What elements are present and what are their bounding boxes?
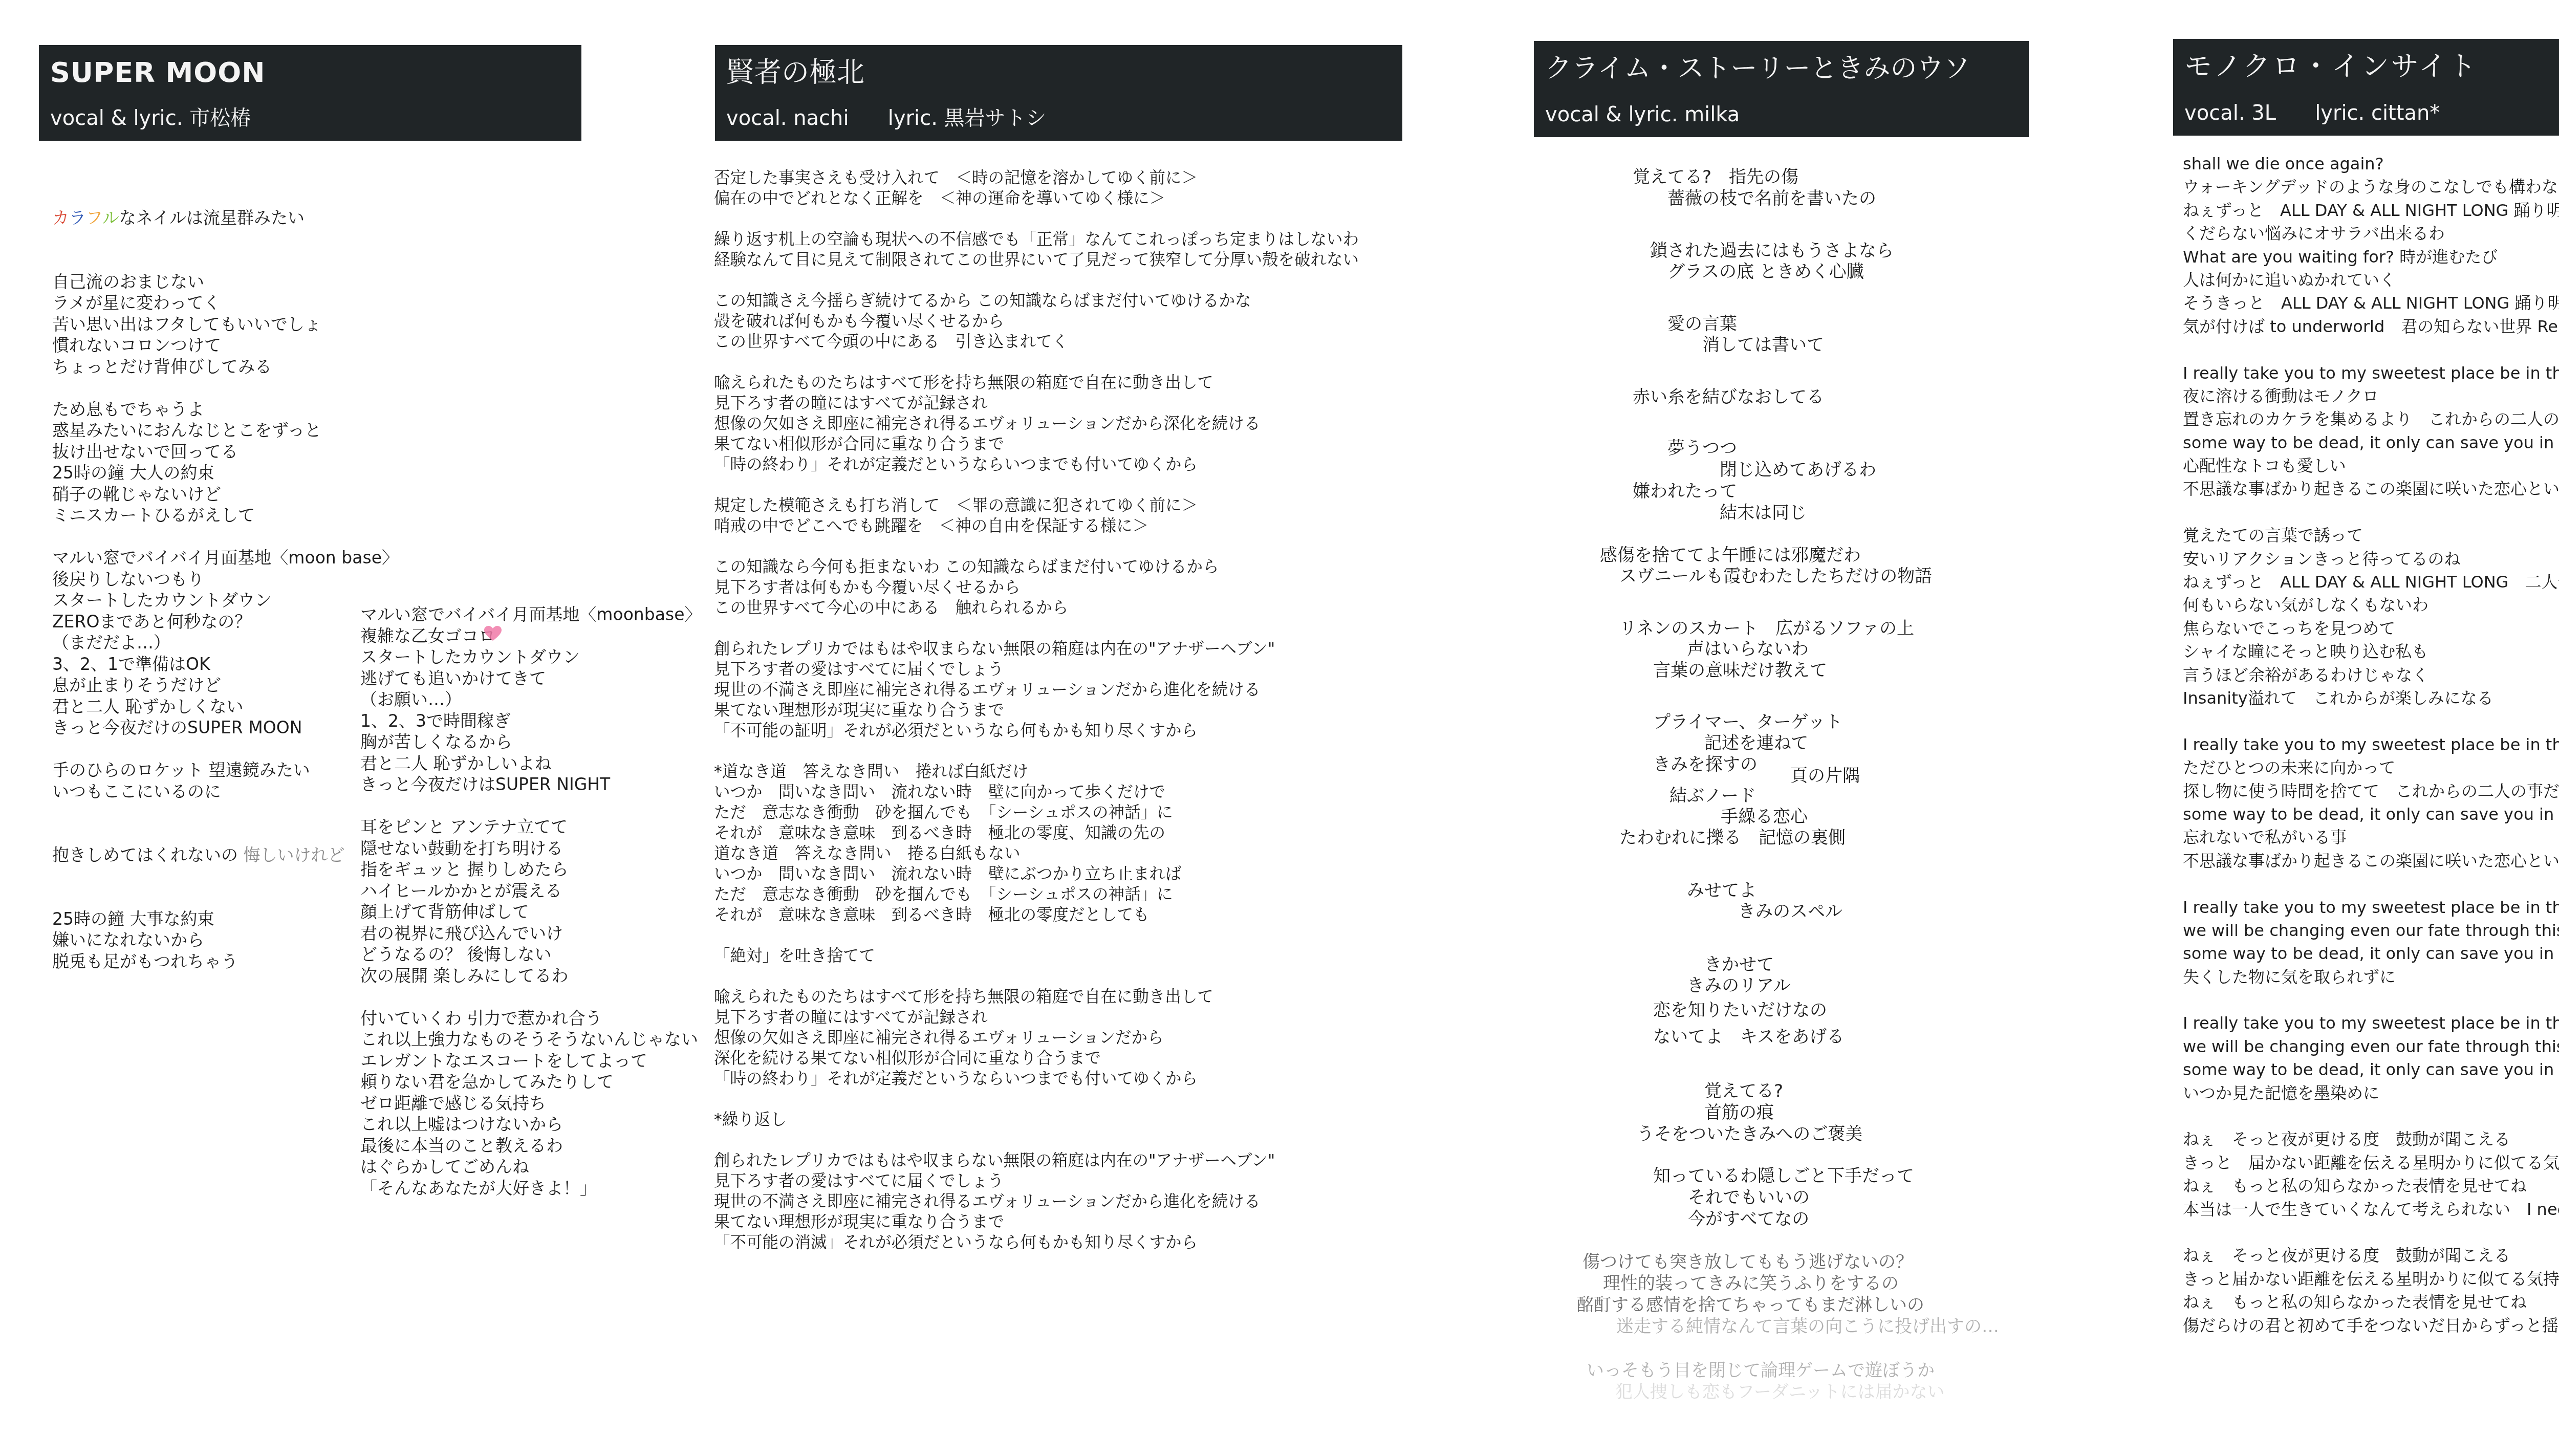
heart-icon: [484, 626, 502, 641]
lyric-line: 息が止まりそうだけど: [52, 675, 399, 696]
lyric-line: 見下ろす者の瞳にはすべてが記録され: [714, 393, 1359, 414]
lyric-block: 25時の鐘 大事な約束嫌いになれないから脱兎も足がもつれちゃう: [52, 908, 399, 972]
lyric-line: 脱兎も足がもつれちゃう: [52, 951, 399, 972]
lyric-line: shall we die once again?: [2183, 153, 2559, 176]
lyric-line: 惑星みたいにおんなじとこをずっと: [52, 420, 399, 441]
lyric-line: ちょっとだけ背伸びしてみる: [52, 356, 399, 378]
lyric-line: 「不可能の証明」それが必須だというなら何もかも知り尽くすから: [714, 721, 1359, 741]
lyric-line: エレガントなエスコートをしてよって: [360, 1050, 701, 1072]
lyric-line: 25時の鐘 大人の約束: [52, 462, 399, 484]
lyric-line: はぐらかしてごめんね: [360, 1156, 701, 1178]
stanza-gap: [360, 986, 701, 1008]
lyric-line: この知識さえ今揺らぎ続けてるから この知識ならばまだ付いてゆけるかな: [714, 291, 1359, 311]
song-credit: vocal & lyric. 市松椿: [50, 106, 251, 131]
lyric-line: 手のひらのロケット 望遠鏡みたい: [52, 759, 399, 781]
lyric-line: 君と二人 恥ずかしくない: [52, 696, 399, 718]
lyric-line: 不思議な事ばかり起きるこの楽園に咲いた恋心という花: [2183, 850, 2559, 873]
lyric-text: 抱きしめてはくれないの: [52, 845, 244, 865]
lyric-line: ミニスカートひるがえして: [52, 505, 399, 526]
lyric-line: 25時の鐘 大事な約束: [52, 908, 399, 930]
lyric-line: 夜に溶ける衝動はモノクロ: [2183, 385, 2559, 408]
lyric-line: 頼りない君を急かしてみたりして: [360, 1071, 701, 1093]
lyric-line: いつか 問いなき問い 流れない時 壁にぶつかり立ち止まれば: [714, 864, 1359, 884]
lyric-line: 不思議な事ばかり起きるこの楽園に咲いた恋心という花: [2183, 477, 2559, 501]
lyric-line: ねぇずっと ALL DAY & ALL NIGHT LONG 二人一緒なら: [2183, 571, 2559, 594]
lyric-line: グラスの底 ときめく心臓: [1667, 257, 1864, 282]
lyric-line: ため息もでちゃうよ: [52, 399, 399, 420]
lyric-line: 「そんなあなたが大好きよ！」: [360, 1178, 701, 1199]
lyric-line: 覚えたての言葉で誘って: [2183, 524, 2559, 547]
lyric-line: 閉じ込めてあげるわ: [1720, 455, 1876, 481]
lyric-line: we will be changing even our fate throug…: [2183, 1035, 2559, 1058]
lyric-line: そうきっと ALL DAY & ALL NIGHT LONG 踊り明かして: [2183, 292, 2559, 315]
stanza-gap: [360, 795, 701, 817]
lyric-line: 現世の不満さえ即座に補完され得るエヴォリューションだから進化を続ける: [714, 680, 1359, 700]
lyric-line: いつもここにいるのに: [52, 781, 399, 802]
lyrics-right: マルい窓でバイバイ月面基地〈moonbase〉複雑な乙女ゴコロスタートしたカウン…: [360, 604, 701, 1199]
lyric-line: 哨戒の中でどこへでも跳躍を ＜神の自由を保証する様に＞: [714, 516, 1359, 536]
lyric-line: 君の視界に飛び込んでいけ: [360, 923, 701, 944]
lyric-line: 自己流のおまじない: [52, 271, 399, 293]
lyric-line: some way to be dead, it only can save yo…: [2183, 942, 2559, 965]
lyric-line: 恋を知りたいだけなの: [1653, 996, 1827, 1021]
lyric-line: ただ 意志なき衝動 砂を掴んでも 「シーシュポスの神話」に: [714, 802, 1359, 823]
lyric-line: 薔薇の枝で名前を書いたの: [1667, 184, 1876, 209]
stanza-gap: [714, 741, 1359, 762]
lyric-line: 繰り返す机上の空論も現状への不信感でも「正常」なんてこれっぽっち定まりはしないわ: [714, 229, 1359, 250]
lyric-line: 道なき道 答えなき問い 捲る白紙もない: [714, 843, 1359, 864]
lyric-line: スタートしたカウントダウン: [360, 646, 701, 668]
lyric-line: 硝子の靴じゃないけど: [52, 484, 399, 505]
lyric-line: それが 意味なき意味 到るべき時 極北の零度、知識の先の: [714, 823, 1359, 843]
lyric-line: （お願い…）: [360, 689, 701, 710]
colorful-char: カ: [52, 208, 69, 228]
lyric-line: 結末は同じ: [1720, 498, 1807, 524]
stanza-gap: [2183, 1105, 2559, 1128]
lyric-line: some way to be dead, it only can save yo…: [2183, 1058, 2559, 1081]
lyric-line: 規定した模範さえも打ち消して ＜罪の意識に犯されてゆく前に＞: [714, 495, 1359, 516]
lyric-line: 見下ろす者の愛はすべてに届くでしょう: [714, 1171, 1359, 1191]
stanza-gap: [2183, 989, 2559, 1012]
lyric-line: いつか 問いなき問い 流れない時 壁に向かって歩くだけで: [714, 782, 1359, 802]
lyric-line: ZEROまであと何秒なの？: [52, 611, 399, 633]
song-header: クライム・ストーリーときみのウソ vocal & lyric. milka: [1534, 41, 2029, 137]
lyric-line: 頁の片隅: [1790, 762, 1860, 787]
lyric-line: シャイな瞳にそっと映り込む私も: [2183, 640, 2559, 663]
lyric-line: 「不可能の消滅」それが必須だというなら何もかも知り尽くすから: [714, 1232, 1359, 1253]
lyric-line: （まだだよ…）: [52, 632, 399, 654]
lyric-line: 否定した事実さえも受け入れて ＜時の記憶を溶かしてゆく前に＞: [714, 168, 1359, 188]
lyric-line: 消しては書いて: [1702, 331, 1824, 356]
stanza-gap: [714, 536, 1359, 557]
lyric-line: 忘れないで私がいる事: [2183, 826, 2559, 849]
lyric-line: ねぇ もっと私の知らなかった表情を見せてね: [2183, 1291, 2559, 1314]
lyric-line: 「時の終わり」それが定義だというならいつまでも付いてゆくから: [714, 454, 1359, 475]
lyric-line: 3、2、1で準備はOK: [52, 654, 399, 675]
lyric-line: スヴニールも霞むわたしたちだけの物語: [1619, 562, 1932, 587]
lyric-line: ねぇずっと ALL DAY & ALL NIGHT LONG 踊り明かせば: [2183, 199, 2559, 222]
lyric-line: ただ 意志なき衝動 砂を掴んでも 「シーシュポスの神話」に: [714, 884, 1359, 905]
colorful-char: ル: [102, 208, 119, 228]
stanza-gap: [52, 526, 399, 548]
lyric-line: I really take you to my sweetest place b…: [2183, 1012, 2559, 1035]
song-credit: vocal. 3L lyric. cittan*: [2184, 101, 2440, 125]
lyric-line: ねぇ そっと夜が更ける度 鼓動が聞こえる: [2183, 1244, 2559, 1267]
stanza-gap: [2183, 1221, 2559, 1244]
lyric-line: 胸が苦しくなるから: [360, 731, 701, 753]
stanza-gap: [714, 1089, 1359, 1110]
stanza-gap: [714, 270, 1359, 291]
lyric-line: 言葉の意味だけ教えて: [1653, 656, 1827, 681]
lyric-line: 現世の不満さえ即座に補完され得るエヴォリューションだから進化を続ける: [714, 1191, 1359, 1212]
lyric-line: それが 意味なき意味 到るべき時 極北の零度だとしても: [714, 905, 1359, 925]
lyric-line: some way to be dead, it only can save yo…: [2183, 431, 2559, 454]
lyric-line: 果てない理想形が現実に重なり合うまで: [714, 1212, 1359, 1232]
lyric-line: どうなるの？ 後悔しない: [360, 944, 701, 965]
lyric-line: 安いリアクションきっと待ってるのね: [2183, 548, 2559, 571]
lyric-line: マルい窓でバイバイ月面基地〈moon base〉: [52, 547, 399, 569]
lyric-line: ねぇ もっと私の知らなかった表情を見せてね: [2183, 1175, 2559, 1198]
lyric-line: きっと届かない距離を伝える星明かりに似てる気持ちね: [2183, 1268, 2559, 1291]
lyric-line: 焦らないでこっちを見つめて: [2183, 617, 2559, 640]
lyric-line: 想像の欠如さえ即座に補完され得るエヴォリューションだから: [714, 1028, 1359, 1048]
lyric-line: 傷だらけの君と初めて手をつないだ日からずっと揺るがない希望 抱きしめてく: [2183, 1314, 2559, 1337]
lyric-line: ゼロ距離で感じる気持ち: [360, 1093, 701, 1114]
lyric-line: 抜け出せないで回ってる: [52, 441, 399, 463]
lyric-line: これ以上強力なものそうそうないんじゃない: [360, 1029, 701, 1050]
lyric-text-faded: 悔しいけれど: [244, 845, 345, 865]
stanza-gap: [714, 618, 1359, 639]
lyric-line: 1、2、3で時間稼ぎ: [360, 710, 701, 732]
lyric-line: うそをついたきみへのご褒美: [1637, 1120, 1862, 1145]
song-header: モノクロ・インサイト vocal. 3L lyric. cittan*: [2173, 39, 2559, 136]
lyric-line: 後戻りしないつもり: [52, 569, 399, 590]
lyric-line: 探し物に使う時間を捨てて これからの二人の事だけ見てて: [2183, 780, 2559, 803]
lyric-line: 「絶対」を吐き捨てて: [714, 946, 1359, 966]
lyric-line: 慣れないコロンつけて: [52, 335, 399, 356]
lyric-line: 次の展開 楽しみにしてるわ: [360, 965, 701, 987]
lyric-line: 今がすべてなの: [1688, 1205, 1809, 1230]
stanza-gap: [2183, 501, 2559, 524]
stanza-gap: [714, 925, 1359, 946]
lyrics-left: カラフルなネイルは流星群みたい 自己流のおまじないラメが星に変わってく苦い思い出…: [52, 165, 399, 1014]
lyric-line: きっと今夜だけのSUPER MOON: [52, 717, 399, 738]
lyric-line: きみを探すの: [1653, 750, 1758, 775]
lyric-line: 指をギュッと 握りしめたら: [360, 859, 701, 880]
lyric-line: 言うほど余裕があるわけじゃなく: [2183, 664, 2559, 687]
lyric-line: I really take you to my sweetest place b…: [2183, 362, 2559, 385]
lyric-line: 何もいらない気がしなくもないわ: [2183, 594, 2559, 617]
lyric-line: 深化を続ける果てない相似形が合同に重なり合うまで: [714, 1048, 1359, 1069]
lyric-line: 創られたレプリカではもはや収まらない無限の箱庭は内在の"アナザーヘブン": [714, 639, 1359, 659]
lyric-line: *道なき道 答えなき問い 捲れば白紙だけ: [714, 762, 1359, 782]
lyric-line: I really take you to my sweetest place b…: [2183, 896, 2559, 919]
song-title: クライム・ストーリーときみのウソ: [1545, 52, 1970, 85]
lyric-line: マルい窓でバイバイ月面基地〈moonbase〉: [360, 604, 701, 625]
lyric-line: 耳をピンと アンテナ立てて: [360, 816, 701, 838]
lyric-line: 付いていくわ 引力で惹かれ合う: [360, 1008, 701, 1029]
lyric-line: 経験なんて目に見えて制限されてこの世界にいて了見だって狭窄して分厚い殻を破れない: [714, 250, 1359, 270]
lyric-line: ないてよ キスをあげる: [1653, 1023, 1844, 1048]
lyric-line: 最後に本当のこと教えるわ: [360, 1135, 701, 1157]
lyric-line: 気が付けば to underworld 君の知らない世界 Reaching: [2183, 315, 2559, 338]
lyric-line: この世界すべて今心の中にある 触れられるから: [714, 598, 1359, 618]
lyric-line: 君と二人 恥ずかしいよね: [360, 753, 701, 774]
lyric-line: I really take you to my sweetest place b…: [2183, 733, 2559, 756]
stanza-gap: [2183, 710, 2559, 733]
lyric-line: 複雑な乙女ゴコロ: [360, 625, 701, 647]
stanza-gap: [714, 352, 1359, 373]
lyric-line: 人は何かに追いぬかれていく: [2183, 269, 2559, 292]
lyric-line: くだらない悩みにオサラバ出来るわ: [2183, 222, 2559, 245]
song-credit: vocal. nachi lyric. 黒岩サトシ: [726, 106, 1047, 131]
lyric-line: Insanity溢れて これからが楽しみになる: [2183, 687, 2559, 710]
lyric-line: 「時の終わり」それが定義だというならいつまでも付いてゆくから: [714, 1069, 1359, 1089]
lyric-line: 隠せない鼓動を打ち明ける: [360, 838, 701, 859]
lyric-line: ただひとつの未来に向かって: [2183, 756, 2559, 779]
lyric-line: 偏在の中でどれとなく正解を ＜神の運命を導いてゆく様に＞: [714, 188, 1359, 209]
song-title: モノクロ・インサイト: [2184, 50, 2478, 83]
lyric-line: スタートしたカウントダウン: [52, 590, 399, 611]
colorful-char: フ: [86, 208, 102, 228]
lyric-line: ねぇ そっと夜が更ける度 鼓動が聞こえる: [2183, 1128, 2559, 1151]
colorful-char: ラ: [69, 208, 86, 228]
stanza-gap: [714, 475, 1359, 495]
lyric-line: some way to be dead, it only can save yo…: [2183, 803, 2559, 826]
lyric-line: きっと今夜だけはSUPER NIGHT: [360, 774, 701, 795]
lyric-line: 殻を破れば何もかも今覆い尽くせるから: [714, 311, 1359, 332]
lyric-line: 果てない相似形が合同に重なり合うまで: [714, 434, 1359, 454]
lyric-line: 赤い糸を結びなおしてる: [1633, 383, 1824, 408]
stanza-gap: [714, 209, 1359, 229]
song-credit: vocal & lyric. milka: [1545, 102, 1740, 127]
lyric-line: 見下ろす者は何もかも今覆い尽くせるから: [714, 577, 1359, 598]
song-header: 賢者の極北 vocal. nachi lyric. 黒岩サトシ: [715, 45, 1402, 141]
lyric-line: ウォーキングデッドのような身のこなしでも構わない: [2183, 176, 2559, 199]
lyrics: shall we die once again?ウォーキングデッドのような身のこ…: [2183, 153, 2559, 1337]
lyric-line: 嫌いになれないから: [52, 929, 399, 951]
lyric-line: 心配性なトコも愛しい: [2183, 454, 2559, 477]
stanza-gap: [52, 377, 399, 399]
lyric-line: 顔上げて背筋伸ばして: [360, 901, 701, 923]
stanza-gap: [2183, 338, 2559, 361]
lyric-line: *繰り返し: [714, 1110, 1359, 1130]
lyric-line: この世界すべて今頭の中にある 引き込まれてく: [714, 332, 1359, 352]
lyric-line: 抱きしめてはくれないの 悔しいけれど: [52, 844, 399, 866]
song-header: SUPER MOON vocal & lyric. 市松椿: [39, 45, 581, 141]
song-title: SUPER MOON: [50, 56, 265, 89]
lyric-line: 置き忘れのカケラを集めるより これからの二人の事だけ見てて: [2183, 408, 2559, 431]
lyric-line: we will be changing even our fate throug…: [2183, 919, 2559, 942]
lyric-block: 自己流のおまじないラメが星に変わってく苦い思い出はフタしてもいいでしょ慣れないコ…: [52, 271, 399, 802]
song-title: 賢者の極北: [726, 56, 864, 89]
lyric-line: きみのリアル: [1687, 971, 1791, 996]
lyric-line: 本当は一人で生きていくなんて考えられない I need you: [2183, 1198, 2559, 1221]
lyric-line: たわむれに擽る 記憶の裏側: [1619, 823, 1846, 849]
stanza-gap: [2183, 873, 2559, 896]
lyric-line: ラメが星に変わってく: [52, 292, 399, 314]
lyric-text: なネイルは流星群みたい: [119, 208, 305, 228]
lyric-line: これ以上嘘はつけないから: [360, 1114, 701, 1135]
lyric-line: この知識なら今何も拒まないわ この知識ならばまだ付いてゆけるから: [714, 557, 1359, 577]
lyric-line: 想像の欠如さえ即座に補完され得るエヴォリューションだから深化を続ける: [714, 414, 1359, 434]
lyric-line: ハイヒールかかとが震える: [360, 880, 701, 902]
lyric-line: 逃げても追いかけてきて: [360, 668, 701, 689]
lyric-line: 失くした物に気を取られずに: [2183, 966, 2559, 989]
lyric-line: きっと 届かない距離を伝える星明かりに似てる気持ちね: [2183, 1151, 2559, 1175]
lyric-line: 見下ろす者の愛はすべてに届くでしょう: [714, 659, 1359, 680]
lyric-line: 喩えられたものたちはすべて形を持ち無限の箱庭で自在に動き出して: [714, 373, 1359, 393]
lyric-line: 果てない理想形が現実に重なり合うまで: [714, 700, 1359, 721]
lyric-line: いつか見た記憶を墨染めに: [2183, 1082, 2559, 1105]
stanza-gap: [714, 1130, 1359, 1150]
lyric-line: What are you waiting for? 時が進むたび: [2183, 246, 2559, 269]
lyric-line: カラフルなネイルは流星群みたい: [52, 207, 399, 229]
stanza-gap: [714, 966, 1359, 987]
lyric-line: 見下ろす者の瞳にはすべてが記録され: [714, 1007, 1359, 1028]
lyrics: 否定した事実さえも受け入れて ＜時の記憶を溶かしてゆく前に＞偏在の中でどれとなく…: [714, 168, 1359, 1253]
lyric-line: 犯人捜しも恋もフーダニットには届かない: [1615, 1378, 1945, 1403]
lyric-line: 喩えられたものたちはすべて形を持ち無限の箱庭で自在に動き出して: [714, 987, 1359, 1007]
lyric-line: 苦い思い出はフタしてもいいでしょ: [52, 314, 399, 335]
lyric-line: 迷走する純情なんて言葉の向こうに投げ出すの…: [1616, 1312, 1999, 1337]
lyric-line: きみのスペル: [1738, 897, 1842, 922]
lyric-line: 創られたレプリカではもはや収まらない無限の箱庭は内在の"アナザーヘブン": [714, 1150, 1359, 1171]
stanza-gap: [52, 738, 399, 760]
